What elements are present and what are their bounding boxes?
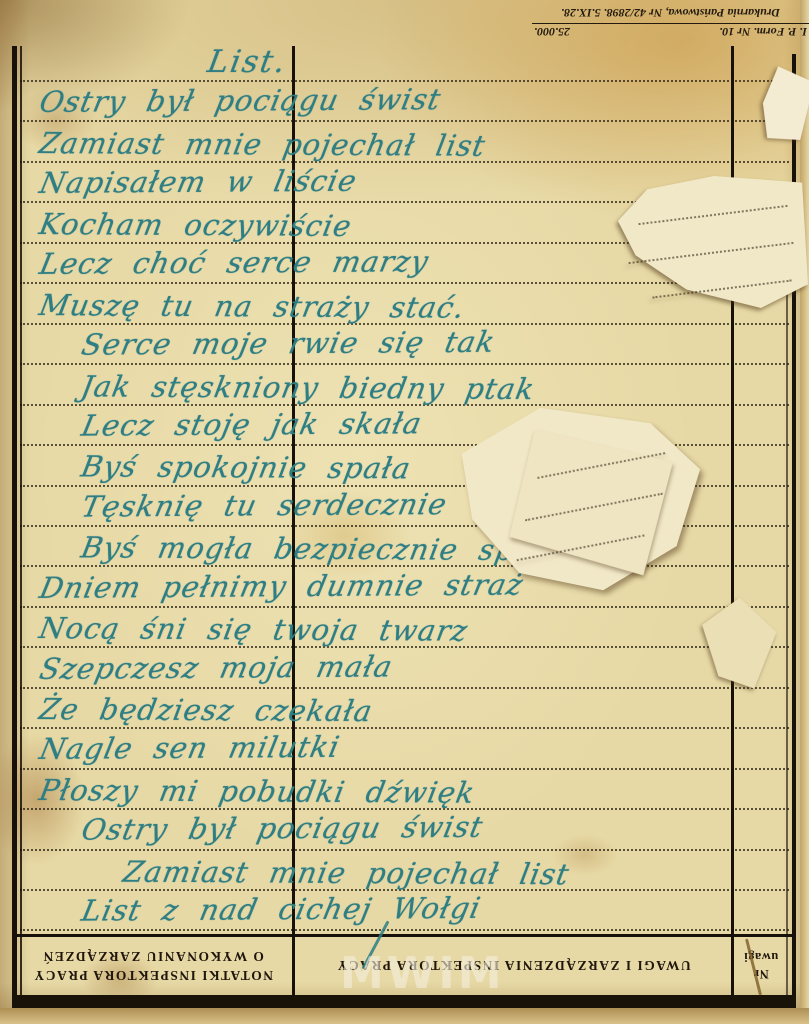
poem-line: List z nad cichej Wołgi (26, 891, 773, 931)
poem-line: Jak stęskniony biedny ptak (26, 365, 773, 405)
torn-paper-curl (754, 65, 809, 147)
printer-name-date: Drukarnia Państwowa, Nr 42/2898. 5.IX.28… (532, 5, 809, 23)
printer-imprint: I. P. Form. Nr 10. 25.000. Drukarnia Pań… (532, 0, 809, 46)
frame-left-border-inner (20, 46, 22, 995)
poem-line: Że będziesz czekała (26, 689, 773, 729)
poem-line: Szepczesz moja mała (26, 648, 773, 688)
scanned-form-page: List. Ostry był pociągu świst Zamiast mn… (0, 0, 809, 1024)
print-run-count: 25.000. (534, 24, 570, 39)
frame-right-border-inner (786, 290, 788, 995)
poem-line: Nocą śni się twoja twarz (26, 608, 773, 648)
footer-remark-number-header: Nr uwagi (734, 938, 788, 993)
archive-watermark: MWIM (340, 948, 504, 999)
page-edge-bottom (0, 1008, 809, 1024)
poem-line: Nagle sen milutki (26, 729, 773, 769)
frame-footer-rule (12, 934, 794, 937)
frame-left-border (12, 46, 17, 995)
poem-line: Ostry był pociągu świst (26, 82, 773, 122)
poem-line: Serce moje rwie się tak (26, 325, 773, 365)
poem-line: Płoszy mi pobudki dźwięk (26, 769, 773, 809)
torn-paper-flap-center-top (499, 421, 690, 591)
footer-notes-header: NOTATKI INSPEKTORA PRACY O WYKONANIU ZAR… (16, 938, 290, 993)
poem-line: Zamiast mnie pojechał list (26, 122, 773, 162)
poem-title: List. (205, 44, 290, 80)
poem-line: Zamiast mnie pojechał list (26, 850, 773, 890)
torn-paper-flap-top-right (612, 176, 808, 308)
page-edge-right (800, 0, 809, 1024)
form-number: I. P. Form. Nr 10. (719, 24, 807, 39)
poem-line: Ostry był pociągu świst (26, 810, 773, 850)
